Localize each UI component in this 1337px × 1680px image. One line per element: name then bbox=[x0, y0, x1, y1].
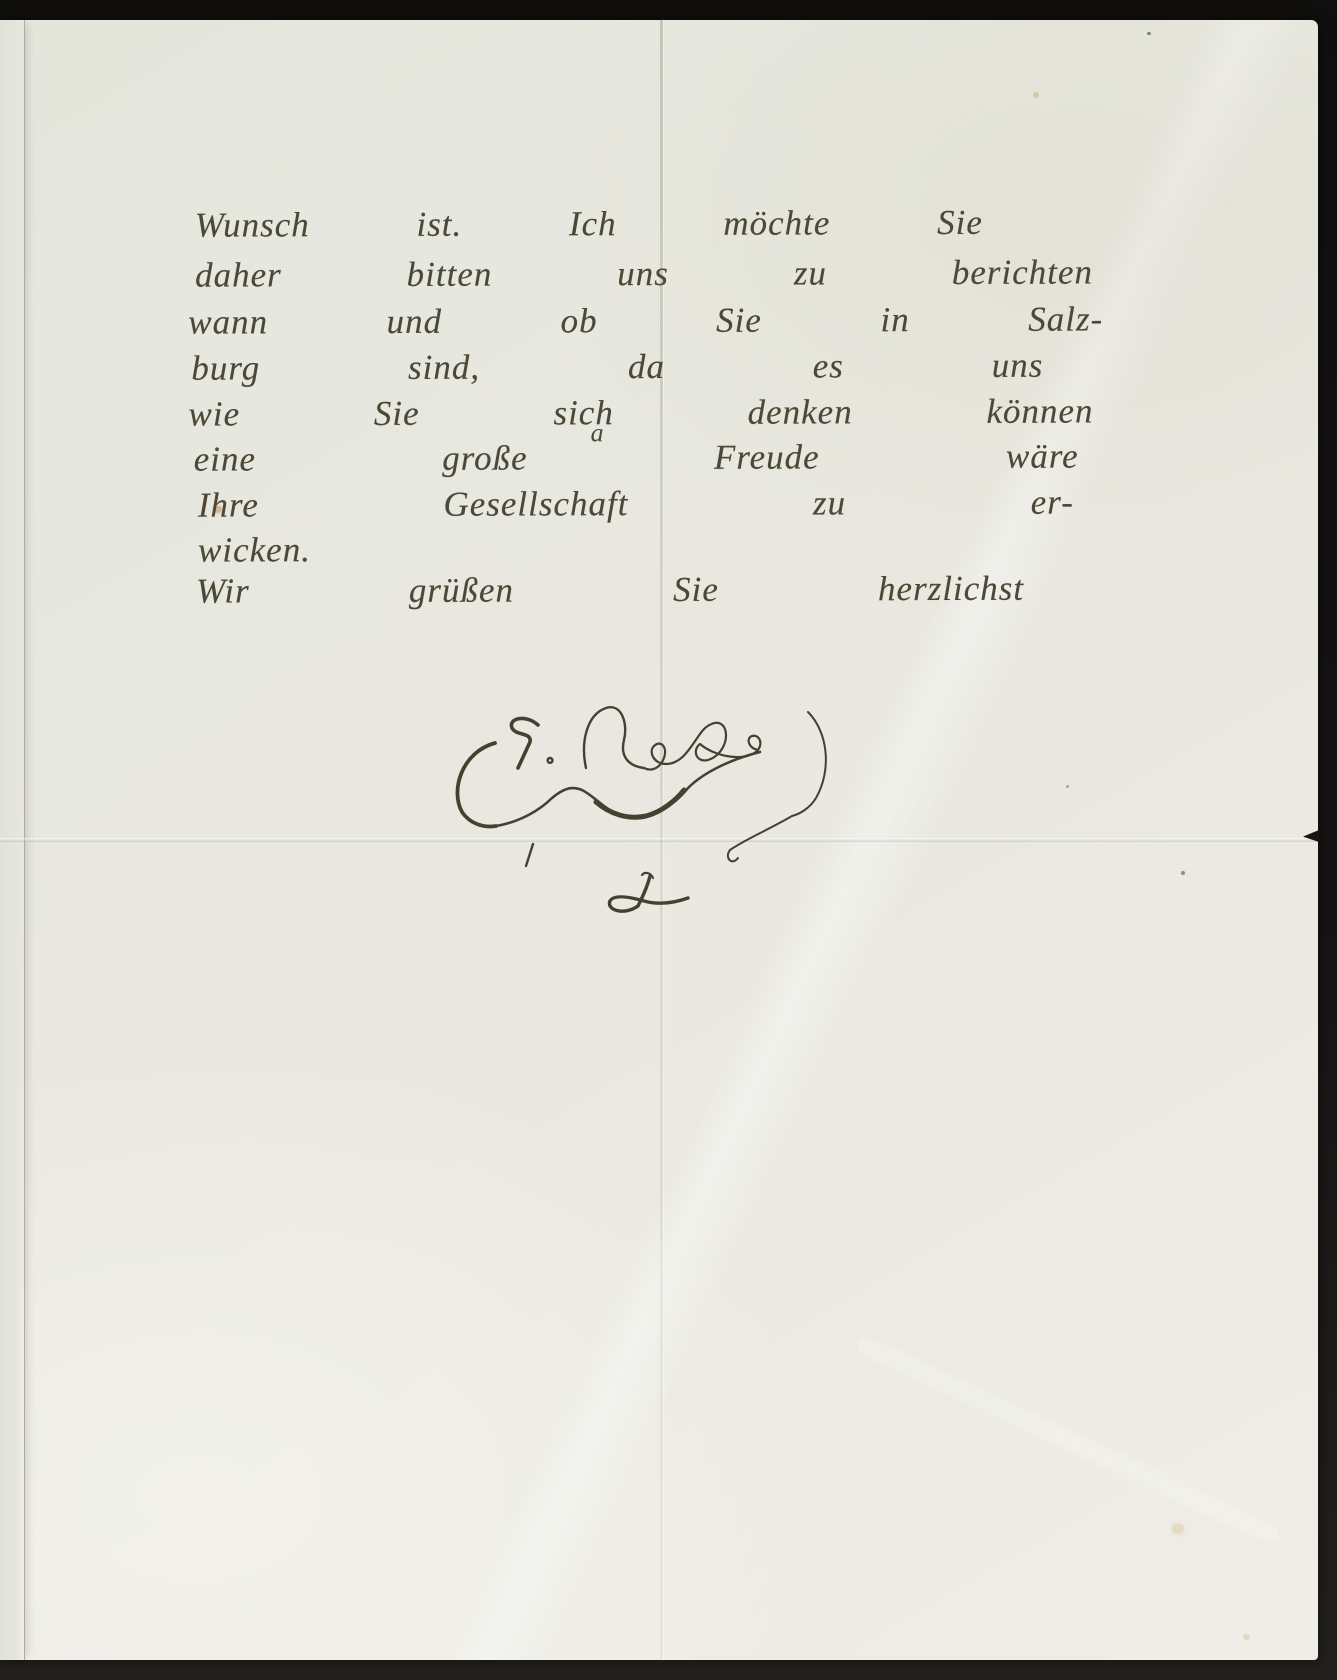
handwriting-line: eine große Freude wäre bbox=[194, 439, 1079, 477]
handwriting-line: wann und ob Sie in Salz- bbox=[188, 301, 1103, 339]
inserted-correction-letter: a bbox=[591, 418, 604, 448]
handwriting-line: Ihre Gesellschaft zu er- bbox=[198, 485, 1074, 523]
signature-flourish bbox=[400, 640, 840, 920]
handwriting-line: Wunsch ist. Ich möchte Sie bbox=[195, 205, 983, 243]
signature-underline-flourish bbox=[457, 743, 760, 826]
handwriting-line: wie Sie sich denken können bbox=[188, 393, 1093, 431]
stray-pen-tick bbox=[526, 844, 533, 866]
letter-paper: Wunsch ist. Ich möchte Sie daher bitten … bbox=[0, 20, 1318, 1660]
signature-cross-mark bbox=[609, 873, 688, 911]
handwriting-line: wicken. bbox=[198, 532, 498, 568]
scanned-letter: Wunsch ist. Ich möchte Sie daher bitten … bbox=[0, 0, 1337, 1680]
handwriting-line: burg sind, da es uns bbox=[191, 348, 1043, 386]
handwriting-line: daher bitten uns zu berichten bbox=[195, 254, 1093, 292]
handwriting-line: Wir grüßen Sie herzlichst bbox=[196, 571, 1024, 609]
signature bbox=[511, 707, 825, 861]
